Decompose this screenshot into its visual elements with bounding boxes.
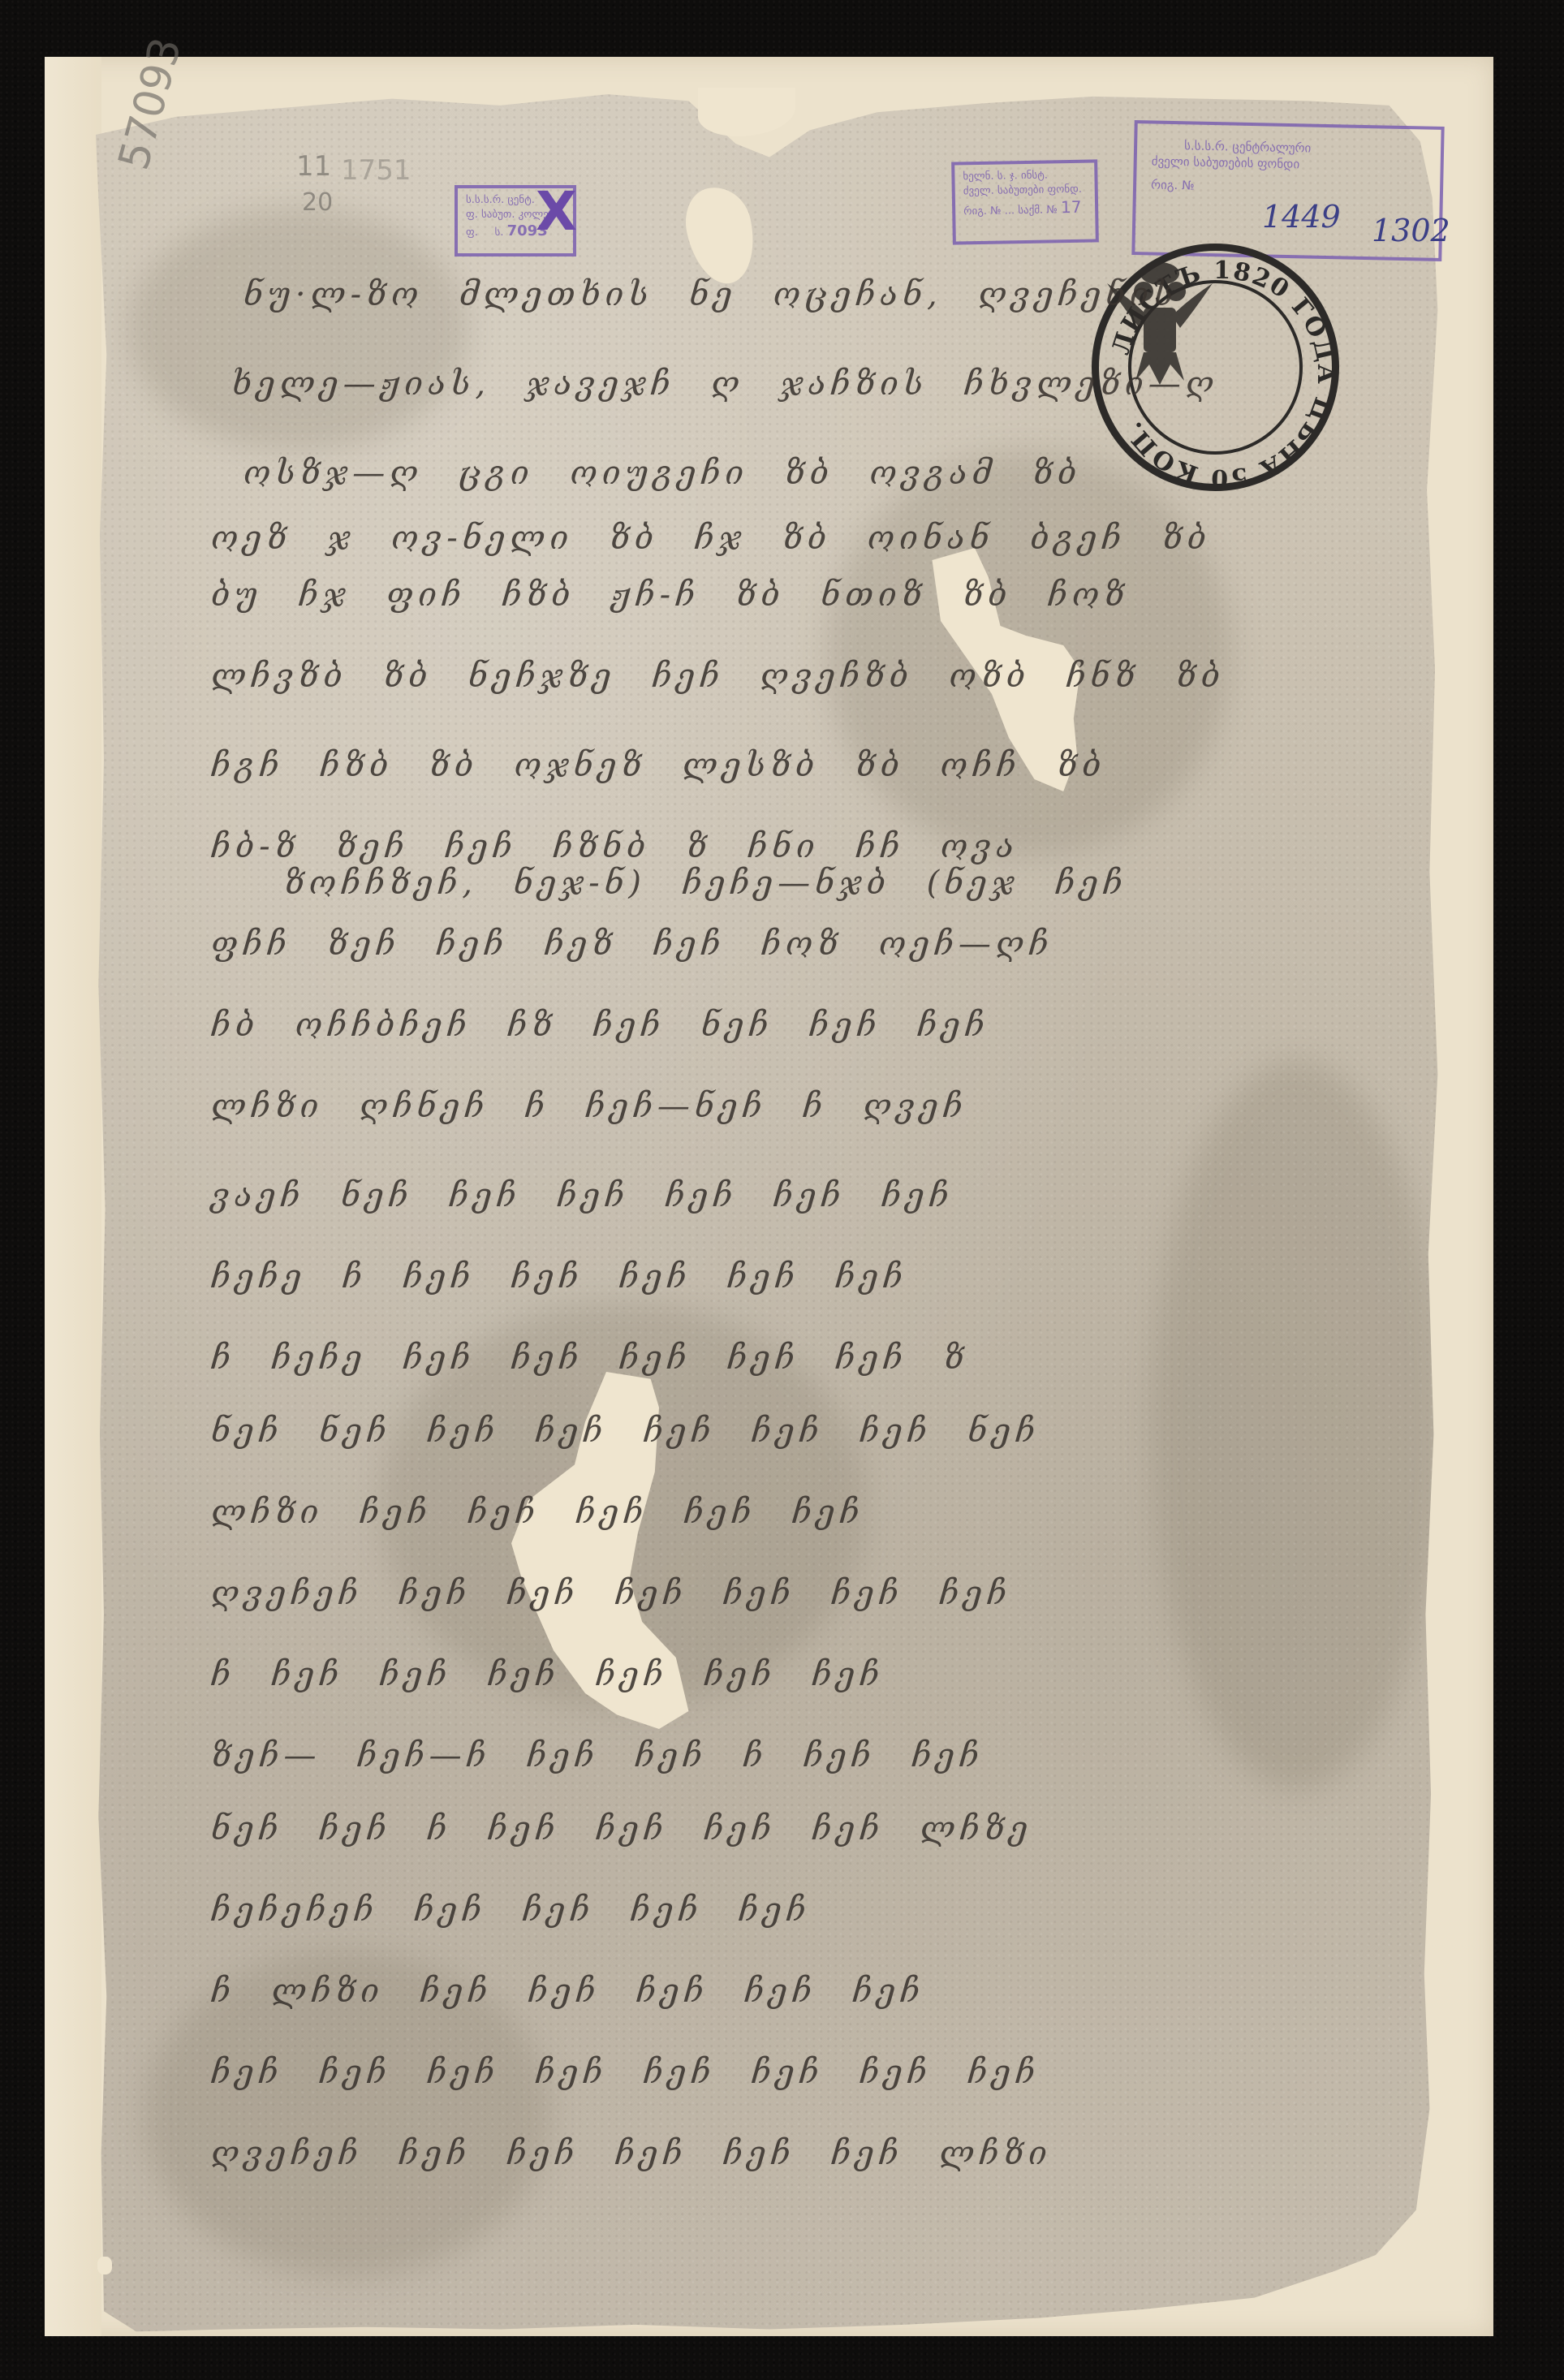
manuscript-line: ზეჩ— ჩეჩ—ჩ ჩეჩ ჩეჩ ჩ ჩეჩ ჩეჩ (211, 1737, 984, 1774)
stamp-label: რიგ. № ... საქმ. № (963, 204, 1058, 218)
manuscript-line: ჩ ჩეჩ ჩეჩ ჩეჩ ჩეჩ ჩეჩ ჩეჩ (211, 1656, 884, 1693)
manuscript-line: ხელე—ჟიას, ჯავეჯჩ ღ ჯაჩზის ჩხვლეზი—ღ (231, 365, 1218, 403)
manuscript-line: ლჩზი ჩეჩ ჩეჩ ჩეჩ ჩეჩ ჩეჩ (211, 1494, 864, 1531)
manuscript-line: ჩ ლჩზი ჩეჩ ჩეჩ ჩეჩ ჩეჩ ჩეჩ (211, 1973, 924, 2010)
pencil-year-fragment: 1751 (341, 154, 411, 187)
handwritten-record-number-2: 1302 (1372, 213, 1450, 248)
paper-hole-corner (97, 2257, 112, 2274)
manuscript-line: ჩგჩ ჩზბ ზბ ოჯნეზ ლესზბ ზბ ოჩჩ ზბ (211, 747, 1105, 784)
manuscript-line: ზოჩჩზეჩ, ნეჯ-ნ) ჩეჩე—ნჯბ (ნეჯ ჩეჩ (284, 864, 1127, 902)
pencil-fraction-top: 11 (296, 150, 331, 183)
manuscript-line: ჩბ-ზ ზეჩ ჩეჩ ჩზნბ ზ ჩნი ჩჩ ოვა (211, 828, 1019, 865)
manuscript-line: ოეზ ჯ ოვ-ნელი ზბ ჩჯ ზბ ოინან ბგეჩ ზბ (211, 520, 1211, 557)
manuscript-line: ჩეჩე ჩ ჩეჩ ჩეჩ ჩეჩ ჩეჩ ჩეჩ (211, 1258, 907, 1296)
handwritten-record-number: 1449 (1262, 199, 1341, 235)
manuscript-line: ნეჩ ჩეჩ ჩ ჩეჩ ჩეჩ ჩეჩ ჩეჩ ლჩზე (211, 1810, 1032, 1848)
cross-mark-icon: X (536, 180, 577, 243)
manuscript-line: ბუ ჩჯ ფიჩ ჩზბ ჟჩ-ჩ ზბ ნთიზ ზბ ჩოზ (211, 576, 1129, 614)
stamp-line: რიგ. № (1151, 176, 1425, 198)
water-stain (128, 207, 469, 451)
mounting-sheet-left-strip (45, 57, 101, 2336)
archive-stamp-middle: ხელნ. ს. ჯ. ინსტ. ძველ. საბუთები ფონდ. რ… (951, 159, 1099, 244)
manuscript-line: ჩ ჩეჩე ჩეჩ ჩეჩ ჩეჩ ჩეჩ ჩეჩ ზ (211, 1339, 968, 1377)
manuscript-line: ჩბ ოჩჩბჩეჩ ჩზ ჩეჩ ნეჩ ჩეჩ ჩეჩ (211, 1007, 989, 1044)
pencil-fraction-bottom: 20 (302, 188, 333, 217)
manuscript-line: ვაეჩ ნეჩ ჩეჩ ჩეჩ ჩეჩ ჩეჩ ჩეჩ (211, 1177, 954, 1214)
stamp-number: 17 (1061, 197, 1082, 217)
manuscript-line: ჩეჩეჩეჩ ჩეჩ ჩეჩ ჩეჩ ჩეჩ (211, 1891, 811, 1929)
manuscript-line: ჩეჩ ჩეჩ ჩეჩ ჩეჩ ჩეჩ ჩეჩ ჩეჩ ჩეჩ (211, 2054, 1040, 2091)
manuscript-line: ღვეჩეჩ ჩეჩ ჩეჩ ჩეჩ ჩეჩ ჩეჩ ჩეჩ (211, 1575, 1011, 1612)
water-stain (1151, 1059, 1443, 1790)
stamp-line: რიგ. № ... საქმ. № 17 (963, 196, 1087, 221)
manuscript-line: ნეჩ ნეჩ ჩეჩ ჩეჩ ჩეჩ ჩეჩ ჩეჩ ნეჩ (211, 1412, 1040, 1450)
manuscript-line: ლჩზი ღჩნეჩ ჩ ჩეჩ—ნეჩ ჩ ღვეჩ (211, 1088, 967, 1125)
manuscript-line: ფჩჩ ზეჩ ჩეჩ ჩეზ ჩეჩ ჩოზ ოეჩ—ღჩ (211, 925, 1053, 963)
manuscript-line: ნუ·ლ-ზო მლეთხის ნე ოცეჩან, ღვეჩენის (243, 276, 1178, 313)
manuscript-line: ღვეჩეჩ ჩეჩ ჩეჩ ჩეჩ ჩეჩ ჩეჩ ლჩზი (211, 2135, 1052, 2172)
manuscript-line: ლჩვზბ ზბ ნეჩჯზე ჩეჩ ღვეჩზბ ოზბ ჩნზ ზბ (211, 658, 1225, 695)
stamp-label: ფ. (466, 226, 478, 239)
manuscript-line: ოსზჯ—ღ ცგი ოიუგეჩი ზბ ოვგამ ზბ (243, 455, 1081, 492)
stamp-label: ს. (495, 226, 504, 239)
